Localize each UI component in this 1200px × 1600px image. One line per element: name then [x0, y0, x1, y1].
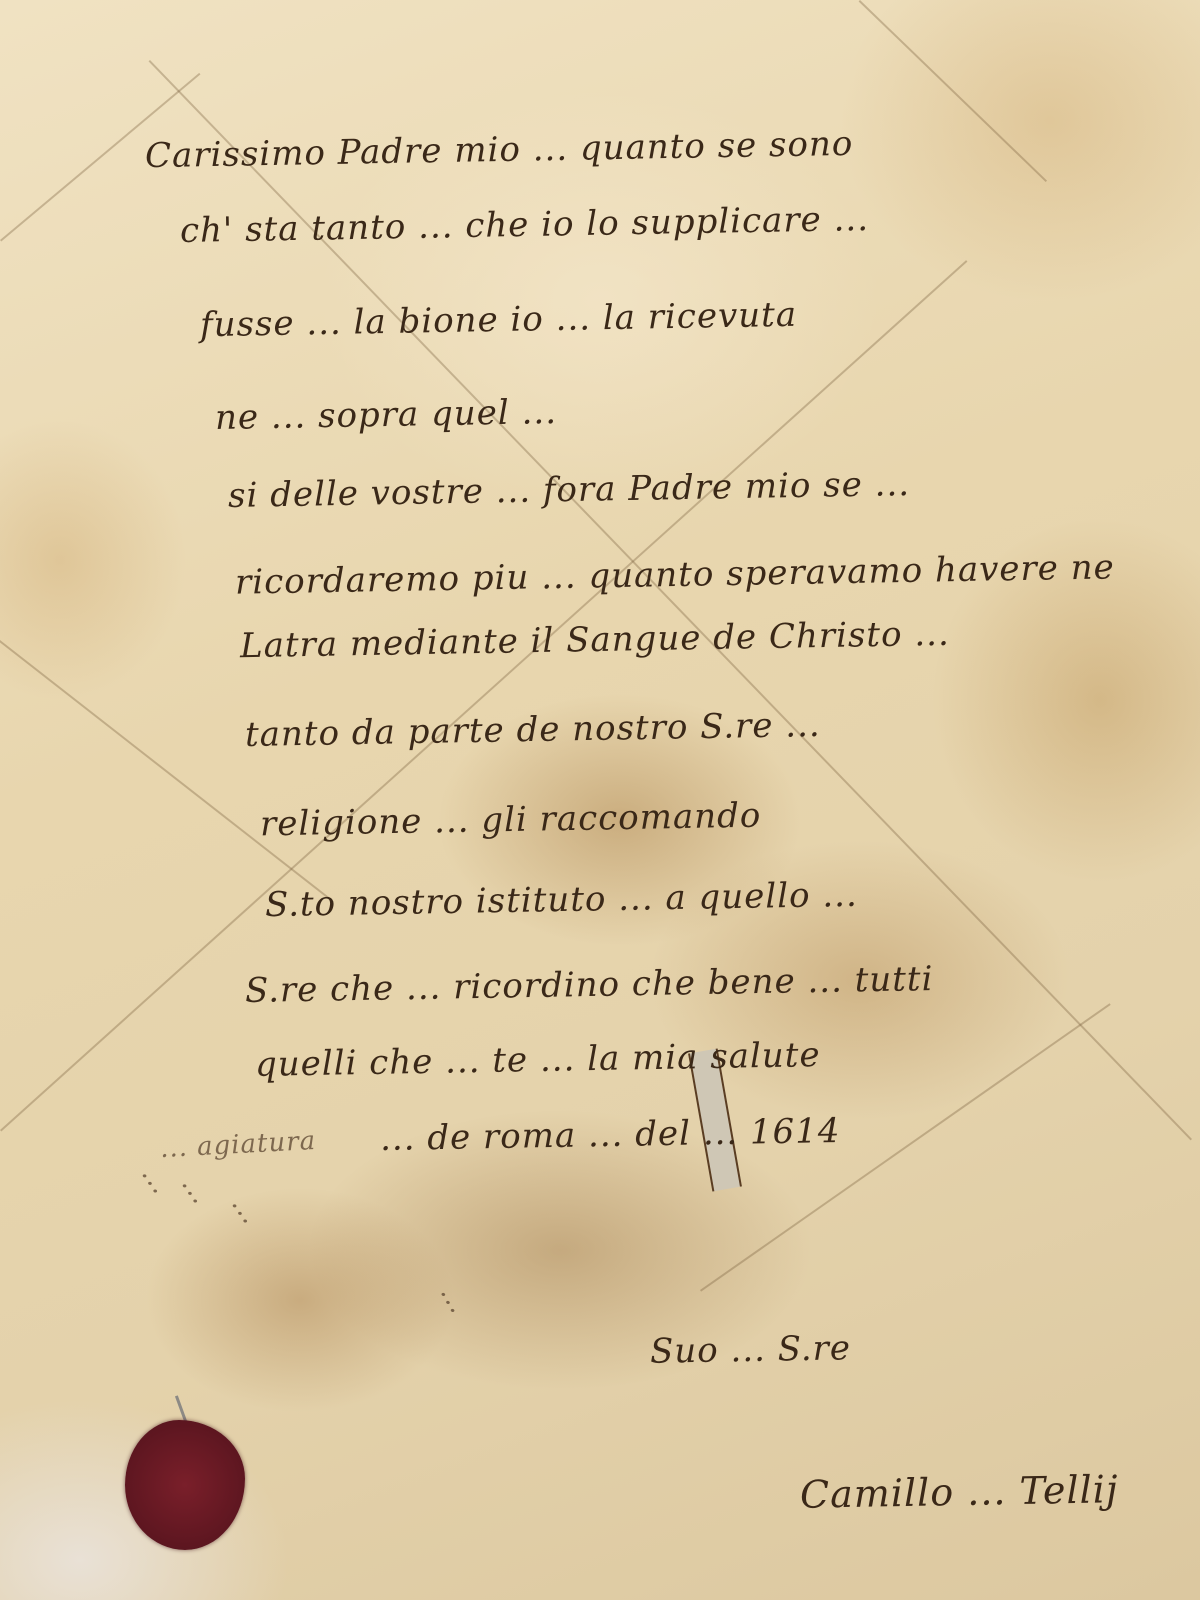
letter-line: ne ... sopra quel ... — [215, 392, 558, 438]
closing-salutation: Suo ... S.re — [650, 1328, 852, 1372]
letter-date-line: ... de roma ... del ... 1614 — [380, 1111, 841, 1159]
signature: Camillo ... Tellij — [800, 1467, 1119, 1517]
closing-text: Suo ... S.re — [650, 1328, 852, 1372]
